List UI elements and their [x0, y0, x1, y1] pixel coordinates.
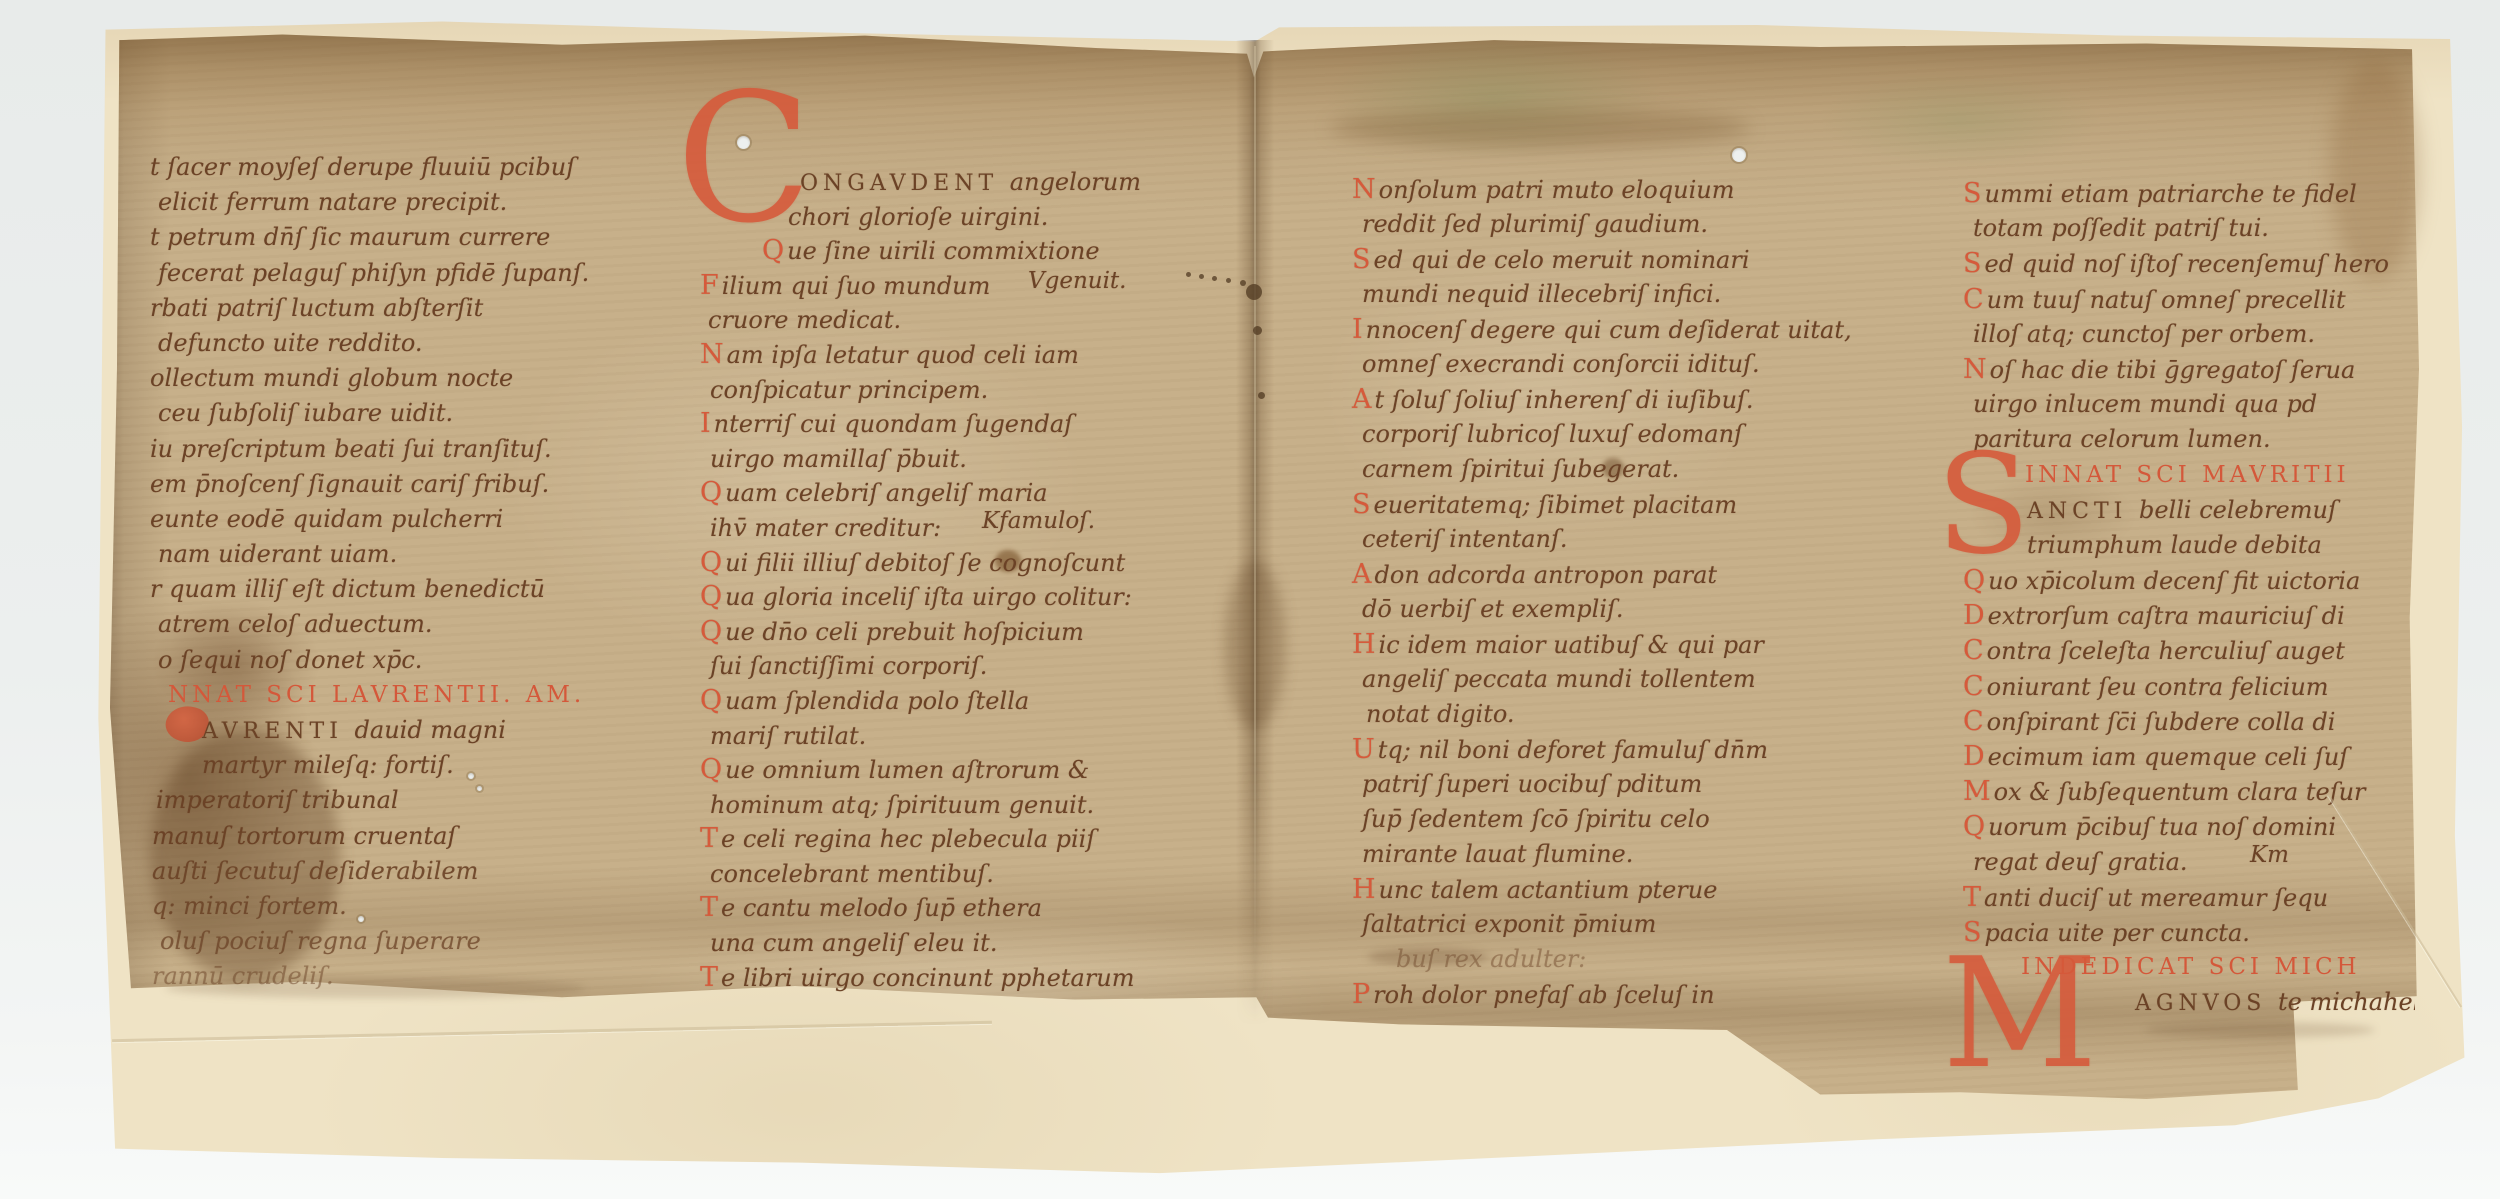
- text-line: ſup̄ ſedentem ſcō ſpiritu celo: [1352, 802, 1912, 837]
- text-line: Cum tuuſ natuſ omneſ precellit: [1963, 282, 2415, 317]
- text-line: eunte eodē quidam pulcherri: [150, 502, 705, 537]
- text-line: totam poſſedit patriſ tui.: [1963, 211, 2415, 246]
- sewing-hole: [1212, 276, 1217, 281]
- text-line: t petrum dn̄ſ ſic maurum currere: [150, 220, 705, 255]
- text-line: Conſpirant ſc̄i ſubdere colla di: [1963, 704, 2415, 739]
- text-line: t ſacer moyſeſ derupe fluuiū pcibuſ: [150, 150, 705, 185]
- text-line: Quam celebriſ angeliſ maria: [700, 476, 1245, 511]
- text-line: conſpicatur principem.: [700, 373, 1245, 408]
- rubricated-initial: H: [1352, 629, 1376, 660]
- text-line: ihv̄ mater creditur:: [700, 511, 1245, 546]
- sewing-hole: [1258, 392, 1265, 399]
- text-layer: t ſacer moyſeſ derupe fluuiū pcibuſelici…: [0, 0, 2500, 1199]
- rubricated-initial: I: [700, 408, 711, 439]
- rubricated-initial: H: [1352, 874, 1376, 905]
- rubricated-initial: C: [1963, 284, 1984, 315]
- rubricated-initial: S: [1352, 489, 1371, 520]
- text-line: Quam ſplendida polo ſtella: [700, 684, 1245, 719]
- text-line: Contra ſceleſta herculiuſ auget: [1963, 633, 2415, 668]
- text-line: triumphum laude debita: [1963, 528, 2415, 563]
- rubricated-initial: C: [1963, 706, 1984, 737]
- text-line: Que dn̄o celi prebuit hoſpicium: [700, 615, 1245, 650]
- text-line: carnem ſpiritui ſubegerat.: [1352, 452, 1912, 487]
- rubricated-initial: T: [700, 962, 718, 993]
- wormhole: [477, 786, 482, 791]
- text-line: Nam ipſa letatur quod celi iam: [700, 338, 1245, 373]
- text-line: Coniurant ſeu contra felicium: [1963, 669, 2415, 704]
- capitals-lead: AGNVOS: [2135, 991, 2266, 1016]
- faded-line-smudge: [165, 978, 585, 998]
- left-page-column-1: t ſacer moyſeſ derupe fluuiū pcibuſelici…: [150, 150, 705, 995]
- text-line: Nonſolum patri muto eloquium: [1352, 172, 1912, 207]
- text-line: elicit ferrum natare precipit.: [150, 185, 705, 220]
- rubricated-initial: A: [1352, 559, 1372, 590]
- gloss-famulos: Kfamuloſ.: [982, 508, 1095, 534]
- text-line: Dextrorſum caſtra mauriciuſ di: [1963, 598, 2415, 633]
- capitals-lead: ANCTI: [2027, 499, 2127, 524]
- text-line: Interriſ cui quondam ſugendaſ: [700, 407, 1245, 442]
- text-line: mirante lauat flumine.: [1352, 837, 1912, 872]
- text-line: paritura celorum lumen.: [1963, 422, 2415, 457]
- text-line: Que omnium lumen aſtrorum &: [700, 753, 1245, 788]
- text-line: Proh dolor pnefaſ ab ſceluſ in: [1352, 977, 1912, 1012]
- text-line: uirgo mamillaſ p̄buit.: [700, 442, 1245, 477]
- text-line: uirgo inlucem mundi qua pd: [1963, 387, 2415, 422]
- rubricated-initial: D: [1963, 600, 1985, 631]
- text-line: mariſ rutilat.: [700, 719, 1245, 754]
- rubricated-initial: N: [1963, 354, 1987, 385]
- text-line: defuncto uite reddito.: [150, 326, 705, 361]
- sewing-hole: [1226, 278, 1231, 283]
- text-line: imperatoriſ tribunal: [150, 783, 705, 818]
- rubricated-initial: Q: [700, 477, 722, 508]
- text-line: q: minci fortem.: [150, 889, 705, 924]
- rubricated-initial: S: [1352, 244, 1371, 275]
- text-line: Utq; nil boni deforet famuluſ dn̄m: [1352, 732, 1912, 767]
- rubricated-initial: C: [1963, 635, 1984, 666]
- text-line: ANCTI belli celebremuſ: [1963, 493, 2415, 528]
- capitals-lead: AVRENTI: [202, 719, 343, 744]
- text-line: manuſ tortorum cruentaſ: [150, 819, 705, 854]
- gloss-km: Km: [2250, 842, 2289, 868]
- rubricated-initial: T: [700, 823, 718, 854]
- text-line: Quo xp̄icolum decenſ fit uictoria: [1963, 563, 2415, 598]
- faded-line-smudge: [2145, 1022, 2375, 1038]
- rubricated-initial: N: [700, 339, 724, 370]
- text-line: Hic idem maior uatibuſ & qui par: [1352, 627, 1912, 662]
- text-line: martyr mileſq: fortiſ.: [150, 748, 705, 783]
- text-line: ſui ſanctiſſimi corporiſ.: [700, 649, 1245, 684]
- text-line: corporiſ lubricoſ luxuſ edomanſ: [1352, 417, 1912, 452]
- right-page-column-2: Summi etiam patriarche te fideltotam poſ…: [1963, 176, 2415, 1031]
- rubricated-initial: Q: [700, 754, 722, 785]
- wormhole: [737, 136, 750, 149]
- large-initial-c: C: [676, 86, 812, 232]
- sewing-hole: [1199, 274, 1204, 279]
- rubricated-initial: Q: [700, 685, 722, 716]
- rubricated-initial: Q: [700, 581, 722, 612]
- text-line: Tanti duciſ ut mereamur ſequ: [1963, 880, 2415, 915]
- text-line: notat digito.: [1352, 697, 1912, 732]
- text-line: Decimum iam quemque celi ſuſ: [1963, 739, 2415, 774]
- text-line: o ſequi noſ donet xp̄c.: [150, 643, 705, 678]
- text-line: fecerat pelaguſ phiſyn pfidē ſupanſ.: [150, 256, 705, 291]
- wormhole: [358, 916, 364, 922]
- text-line: atrem celoſ aduectum.: [150, 607, 705, 642]
- text-line: oluſ pociuſ regna ſuperare: [150, 924, 705, 959]
- text-line: Sed qui de celo meruit nominari: [1352, 242, 1912, 277]
- rubricated-initial: P: [1352, 979, 1370, 1010]
- text-line: angeliſ peccata mundi tollentem: [1352, 662, 1912, 697]
- rubricated-initial: Q: [700, 547, 722, 578]
- sewing-hole: [1186, 272, 1191, 277]
- wormhole: [1732, 148, 1746, 162]
- rubricated-initial: T: [700, 892, 718, 923]
- text-line: omneſ execrandi conſorcii idituſ.: [1352, 347, 1912, 382]
- text-line: Adon adcorda antropon parat: [1352, 557, 1912, 592]
- sewing-hole: [1246, 284, 1262, 300]
- text-line: regat deuſ gratia.: [1963, 845, 2415, 880]
- text-line: Mox & ſubſequentum clara teſur: [1963, 774, 2415, 809]
- rubricated-initial: U: [1352, 734, 1375, 765]
- text-line: hominum atq; ſpirituum genuit.: [700, 788, 1245, 823]
- sewing-hole: [1240, 280, 1246, 286]
- left-page-column-2: ONGAVDENT angelorumchori glorioſe uirgin…: [700, 165, 1245, 995]
- rubricated-initial: D: [1963, 741, 1985, 772]
- large-initial-s: S: [1936, 448, 2031, 561]
- text-line: Innocenſ degere qui cum deſiderat uitat,: [1352, 312, 1912, 347]
- text-line: Hunc talem actantium pterue: [1352, 872, 1912, 907]
- rubricated-initial: Q: [700, 616, 722, 647]
- text-line: ceu ſubſoliſ iubare uidit.: [150, 396, 705, 431]
- gloss-genuit: Vgenuit.: [1028, 268, 1126, 294]
- rubricated-initial: S: [1963, 248, 1982, 279]
- text-line: concelebrant mentibuſ.: [700, 857, 1245, 892]
- rubricated-initial: S: [1963, 178, 1982, 209]
- text-line: auſti ſecutuſ deſiderabilem: [150, 854, 705, 889]
- capitals-lead: ONGAVDENT: [800, 171, 998, 196]
- wormhole: [468, 773, 474, 779]
- text-line: Seueritatemq; ſibimet placitam: [1352, 487, 1912, 522]
- text-line: rbati patriſ luctum abſterſit: [150, 291, 705, 326]
- text-line: ollectum mundi globum nocte: [150, 361, 705, 396]
- text-line: ceteriſ intentanſ.: [1352, 522, 1912, 557]
- rubricated-initial: T: [1963, 882, 1981, 913]
- text-line: At ſoluſ ſoliuſ inherenſ di iuſibuſ.: [1352, 382, 1912, 417]
- text-line: Te celi regina hec plebecula piiſ: [700, 822, 1245, 857]
- text-line: Noſ hac die tibi ḡgregatoſ ſerua: [1963, 352, 2415, 387]
- text-line: nam uiderant uiam.: [150, 537, 705, 572]
- text-line: Qua gloria inceliſ iſta uirgo colitur:: [700, 580, 1245, 615]
- text-line: mundi nequid illecebriſ infici.: [1352, 277, 1912, 312]
- text-line: cruore medicat.: [700, 303, 1245, 338]
- text-line: Sed quid noſ iſtoſ recenſemuſ hero: [1963, 246, 2415, 281]
- rubricated-initial: N: [1352, 174, 1376, 205]
- text-line: illoſ atq; cunctoſ per orbem.: [1963, 317, 2415, 352]
- text-line: r quam illiſ eſt dictum benedictū: [150, 572, 705, 607]
- text-line: Summi etiam patriarche te fidel: [1963, 176, 2415, 211]
- text-line: Filium qui ſuo mundum: [700, 269, 1245, 304]
- text-line: ſaltatrici exponit p̄mium: [1352, 907, 1912, 942]
- text-line: dō uerbiſ et exempliſ.: [1352, 592, 1912, 627]
- rubric-line: NNAT SCI LAVRENTII. AM.: [150, 678, 705, 713]
- rubric-line: INNAT SCI MAVRITII: [1963, 458, 2415, 493]
- text-line: Qui filii illiuſ debitoſ ſe cognoſcunt: [700, 546, 1245, 581]
- text-line: Te libri uirgo concinunt pphetarum: [700, 961, 1245, 996]
- text-line: Te cantu melodo ſup̄ ethera: [700, 891, 1245, 926]
- rubricated-initial: M: [1963, 776, 1991, 807]
- text-line: AVRENTI dauid magni: [150, 713, 705, 748]
- rubricated-initial: Q: [1963, 811, 1985, 842]
- text-line: una cum angeliſ eleu it.: [700, 926, 1245, 961]
- rubricated-initial: F: [700, 270, 719, 301]
- text-line: patriſ ſuperi uocibuſ pditum: [1352, 767, 1912, 802]
- text-line: em p̄noſcenſ ſignauit cariſ fribuſ.: [150, 467, 705, 502]
- text-line: reddit ſed plurimiſ gaudium.: [1352, 207, 1912, 242]
- rubricated-initial: A: [1352, 384, 1372, 415]
- text-line: iu preſcriptum beati ſui tranſituſ.: [150, 432, 705, 467]
- large-initial-m: M: [1942, 952, 2098, 1077]
- faded-line-smudge: [1368, 948, 1488, 966]
- rubricated-initial: I: [1352, 314, 1363, 345]
- right-page-column-1: Nonſolum patri muto eloquiumreddit ſed p…: [1352, 172, 1912, 1012]
- photo-backdrop: t ſacer moyſeſ derupe fluuiū pcibuſelici…: [0, 0, 2500, 1199]
- rubricated-initial: C: [1963, 671, 1984, 702]
- sewing-hole: [1253, 326, 1262, 335]
